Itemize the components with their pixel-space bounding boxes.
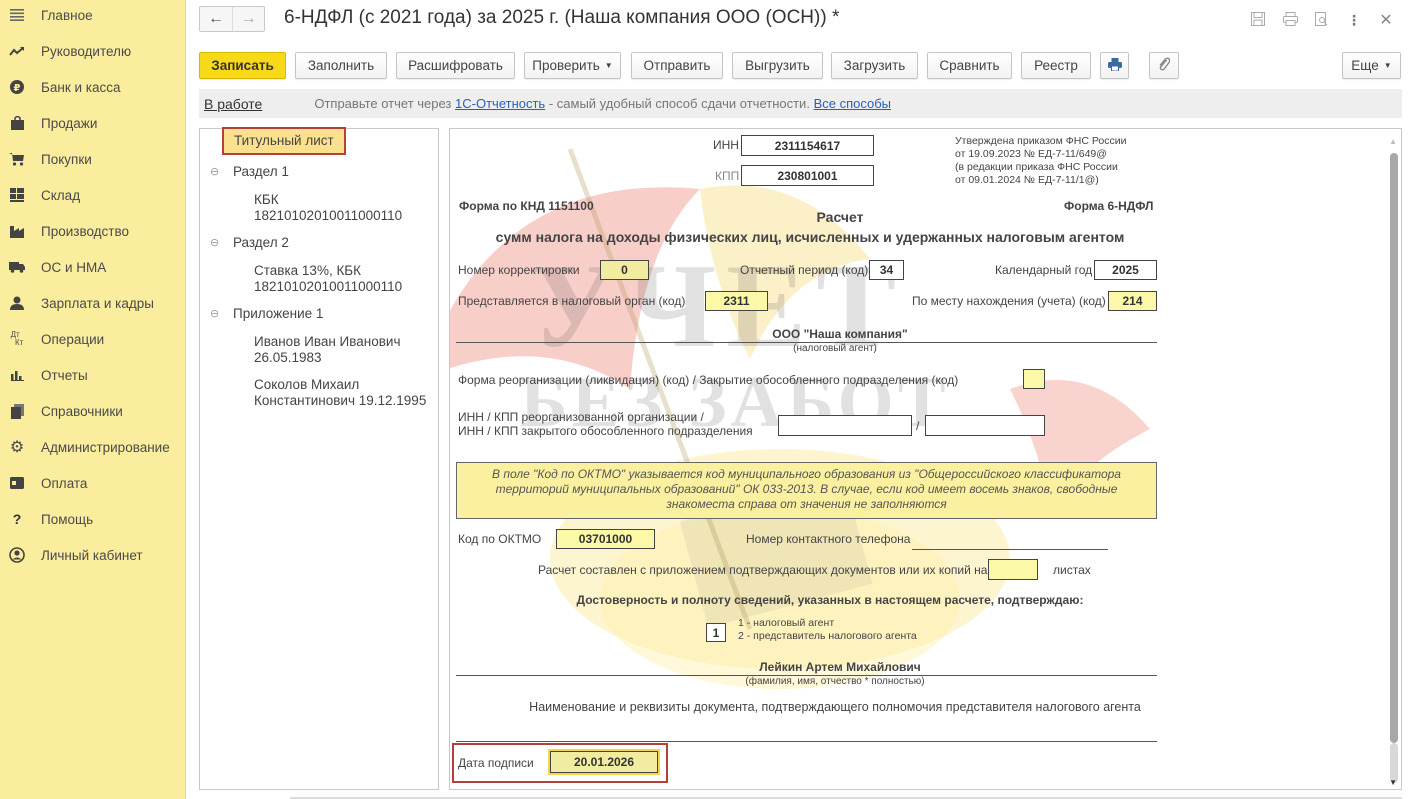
watermark: УЧЕТ БЕЗ ЗАБОТ: [450, 129, 1250, 789]
signer-code-field[interactable]: 1: [706, 623, 726, 642]
back-button[interactable]: ←: [200, 7, 232, 31]
sign-date-label: Дата подписи: [458, 756, 534, 770]
print-icon[interactable]: [1282, 12, 1298, 29]
reorg-inn-field[interactable]: [778, 415, 912, 436]
registry-button[interactable]: Реестр: [1021, 52, 1091, 79]
page-title: 6-НДФЛ (с 2021 года) за 2025 г. (Наша ко…: [284, 7, 839, 29]
sidebar-item-label: Склад: [34, 188, 80, 203]
import-button[interactable]: Загрузить: [831, 52, 918, 79]
tree-item-section2-rate[interactable]: Ставка 13%, КБК 18210102010011000110: [254, 263, 402, 295]
sidebar-item-salary[interactable]: Зарплата и кадры: [0, 285, 186, 321]
sidebar-item-reports[interactable]: Отчеты: [0, 357, 186, 393]
status-message: Отправьте отчет через 1С-Отчетность - са…: [314, 96, 891, 111]
more-button[interactable]: Еще▼: [1342, 52, 1401, 79]
sidebar-item-warehouse[interactable]: Склад: [0, 177, 186, 213]
sidebar-item-label: Продажи: [34, 116, 97, 131]
oktmo-note: В поле "Код по ОКТМО" указывается код му…: [456, 462, 1157, 519]
wallet-icon: [0, 477, 34, 489]
paperclip-icon: [1158, 57, 1170, 74]
all-methods-link[interactable]: Все способы: [814, 96, 891, 111]
printer-icon: [1108, 58, 1122, 74]
oktmo-field[interactable]: 03701000: [556, 529, 655, 549]
agent-caption: (налоговый агент): [450, 343, 1220, 354]
reorg-label: Форма реорганизации (ликвидация) (код) /…: [458, 373, 958, 387]
vertical-scrollbar[interactable]: [1389, 147, 1399, 775]
sidebar-item-label: Операции: [34, 332, 104, 347]
tree-item-person[interactable]: Соколов Михаил Константинович 19.12.1995: [254, 377, 426, 409]
decode-button[interactable]: Расшифровать: [396, 52, 515, 79]
sidebar-item-label: ОС и НМА: [34, 260, 106, 275]
tax-authority-field[interactable]: 2311: [705, 291, 768, 311]
sidebar-item-bank[interactable]: ₽ Банк и касса: [0, 69, 186, 105]
history-nav: ← →: [199, 6, 265, 32]
form-title: Расчет: [450, 209, 1230, 225]
sidebar: Главное Руководителю ₽ Банк и касса Прод…: [0, 0, 186, 799]
tax-authority-label: Представляется в налоговый орган (код): [458, 294, 685, 308]
close-icon[interactable]: ✕: [1378, 10, 1394, 30]
sidebar-item-label: Производство: [34, 224, 129, 239]
year-field[interactable]: 2025: [1094, 260, 1157, 280]
sidebar-item-payment[interactable]: Оплата: [0, 465, 186, 501]
chevron-down-icon: ▼: [605, 61, 613, 70]
sidebar-item-label: Зарплата и кадры: [34, 296, 154, 311]
sidebar-item-label: Помощь: [34, 512, 93, 527]
check-button[interactable]: Проверить▼: [524, 52, 621, 79]
sidebar-item-account[interactable]: Личный кабинет: [0, 537, 186, 573]
cart-icon: [0, 152, 34, 166]
forward-button[interactable]: →: [232, 7, 264, 31]
save-button[interactable]: Записать: [199, 52, 286, 79]
reorg-code-field[interactable]: [1023, 369, 1045, 389]
reorg-inn-label: ИНН / КПП реорганизованной организации /…: [458, 410, 753, 438]
phone-field[interactable]: [912, 549, 1108, 550]
arrow-right-icon: →: [241, 10, 257, 28]
sidebar-item-label: Оплата: [34, 476, 87, 491]
debit-credit-icon: Дт Кт: [0, 331, 34, 347]
compare-button[interactable]: Сравнить: [927, 52, 1012, 79]
export-button[interactable]: Выгрузить: [732, 52, 823, 79]
window-actions: ⋮ ✕: [1250, 10, 1394, 30]
collapse-icon[interactable]: ⊖: [210, 236, 219, 249]
location-label: По месту нахождения (учета) (код): [912, 294, 1106, 308]
collapse-icon[interactable]: ⊖: [210, 307, 219, 320]
preview-icon[interactable]: [1314, 12, 1330, 29]
confirm-text: Достоверность и полноту сведений, указан…: [450, 593, 1210, 607]
sidebar-item-label: Главное: [34, 8, 93, 23]
collapse-icon[interactable]: ⊖: [210, 165, 219, 178]
sidebar-item-label: Банк и касса: [34, 80, 121, 95]
books-icon: [0, 404, 34, 419]
inn-label: ИНН: [713, 138, 739, 152]
year-label: Календарный год: [995, 263, 1092, 277]
reorg-kpp-field[interactable]: [925, 415, 1045, 436]
person-icon: [0, 296, 34, 310]
sidebar-item-label: Отчеты: [34, 368, 88, 383]
authority-doc-label: Наименование и реквизиты документа, подт…: [450, 700, 1220, 714]
sidebar-item-assets[interactable]: ОС и НМА: [0, 249, 186, 285]
sidebar-item-main[interactable]: Главное: [0, 0, 186, 33]
help-icon: ?: [0, 511, 34, 527]
report-sections-tree: Титульный лист ⊖ Раздел 1 КБК 1821010201…: [199, 128, 439, 790]
sidebar-item-sales[interactable]: Продажи: [0, 105, 186, 141]
send-button[interactable]: Отправить: [631, 52, 723, 79]
attach-button[interactable]: [1149, 52, 1179, 79]
scroll-down-icon[interactable]: ▼: [1389, 778, 1397, 787]
truck-icon: [0, 261, 34, 273]
report-form: УЧЕТ БЕЗ ЗАБОТ ИНН 2311154617 КПП 230801…: [449, 128, 1402, 790]
signer-caption: (фамилия, имя, отчество * полностью): [450, 676, 1220, 687]
period-label: Отчетный период (код): [740, 263, 868, 277]
trend-icon: [0, 46, 34, 56]
tree-item-appendix1[interactable]: Приложение 1: [233, 306, 323, 322]
kpp-field[interactable]: 230801001: [741, 165, 874, 186]
sidebar-item-help[interactable]: ? Помощь: [0, 501, 186, 537]
status-bar: В работе Отправьте отчет через 1С-Отчетн…: [199, 89, 1402, 118]
print-button[interactable]: [1100, 52, 1129, 79]
sidebar-item-catalogs[interactable]: Справочники: [0, 393, 186, 429]
tree-item-person[interactable]: Иванов Иван Иванович 26.05.1983: [254, 334, 401, 366]
svg-text:₽: ₽: [14, 83, 21, 94]
gear-icon: ⚙: [0, 437, 34, 457]
sidebar-item-purchases[interactable]: Покупки: [0, 141, 186, 177]
sidebar-item-label: Покупки: [34, 152, 92, 167]
attachments-field[interactable]: [988, 559, 1038, 580]
approval-note: Утверждена приказом ФНС России от 19.09.…: [955, 135, 1126, 187]
authority-doc-field[interactable]: [456, 741, 1157, 742]
oktmo-label: Код по ОКТМО: [458, 532, 541, 546]
inn-field[interactable]: 2311154617: [741, 135, 874, 156]
tree-item-section2[interactable]: Раздел 2: [233, 235, 289, 251]
sidebar-item-operations[interactable]: Дт Кт Операции: [0, 321, 186, 357]
sidebar-item-label: Администрирование: [34, 440, 170, 455]
tree-item-section1[interactable]: Раздел 1: [233, 164, 289, 180]
scroll-up-icon[interactable]: ▲: [1389, 137, 1397, 146]
sidebar-item-admin[interactable]: ⚙ Администрирование: [0, 429, 186, 465]
correction-label: Номер корректировки: [458, 263, 580, 277]
phone-label: Номер контактного телефона: [746, 532, 910, 546]
kpp-label: КПП: [715, 169, 739, 183]
warehouse-icon: [0, 188, 34, 202]
sidebar-item-production[interactable]: Производство: [0, 213, 186, 249]
period-field[interactable]: 34: [869, 260, 904, 280]
slash: /: [916, 419, 919, 433]
signer-name[interactable]: Лейкин Артем Михайлович: [450, 660, 1230, 674]
account-icon: [0, 547, 34, 563]
signer-options: 1 - налоговый агент 2 - представитель на…: [738, 617, 917, 643]
correction-field[interactable]: 0: [600, 260, 649, 280]
location-field[interactable]: 214: [1108, 291, 1157, 311]
more-vertical-icon[interactable]: ⋮: [1346, 12, 1362, 29]
tree-item-title-page[interactable]: Титульный лист: [222, 127, 346, 155]
attachments-label: Расчет составлен с приложением подтвержд…: [538, 563, 987, 577]
chevron-down-icon: ▼: [1384, 61, 1392, 70]
status-link[interactable]: В работе: [204, 96, 262, 112]
shopping-bag-icon: [0, 116, 34, 130]
ruble-icon: ₽: [0, 80, 34, 94]
sign-date-field[interactable]: 20.01.2026: [550, 751, 658, 773]
scrollbar-track: [1390, 743, 1398, 783]
sidebar-item-label: Личный кабинет: [34, 548, 143, 563]
form-subtitle: сумм налога на доходы физических лиц, ис…: [450, 229, 1170, 245]
sidebar-item-label: Справочники: [34, 404, 123, 419]
menu-icon: [0, 9, 34, 21]
reporting-link[interactable]: 1С-Отчетность: [455, 96, 545, 111]
save-icon[interactable]: [1250, 12, 1266, 29]
arrow-left-icon: ←: [208, 10, 224, 28]
scrollbar-thumb[interactable]: [1390, 153, 1398, 743]
fill-button[interactable]: Заполнить: [295, 52, 387, 79]
tree-item-section1-kbk[interactable]: КБК 18210102010011000110: [254, 192, 402, 224]
agent-name[interactable]: ООО "Наша компания": [450, 327, 1230, 341]
factory-icon: [0, 224, 34, 238]
sidebar-item-label: Руководителю: [34, 44, 131, 59]
sheets-label: листах: [1053, 563, 1091, 577]
bar-chart-icon: [0, 370, 34, 381]
sidebar-item-manager[interactable]: Руководителю: [0, 33, 186, 69]
